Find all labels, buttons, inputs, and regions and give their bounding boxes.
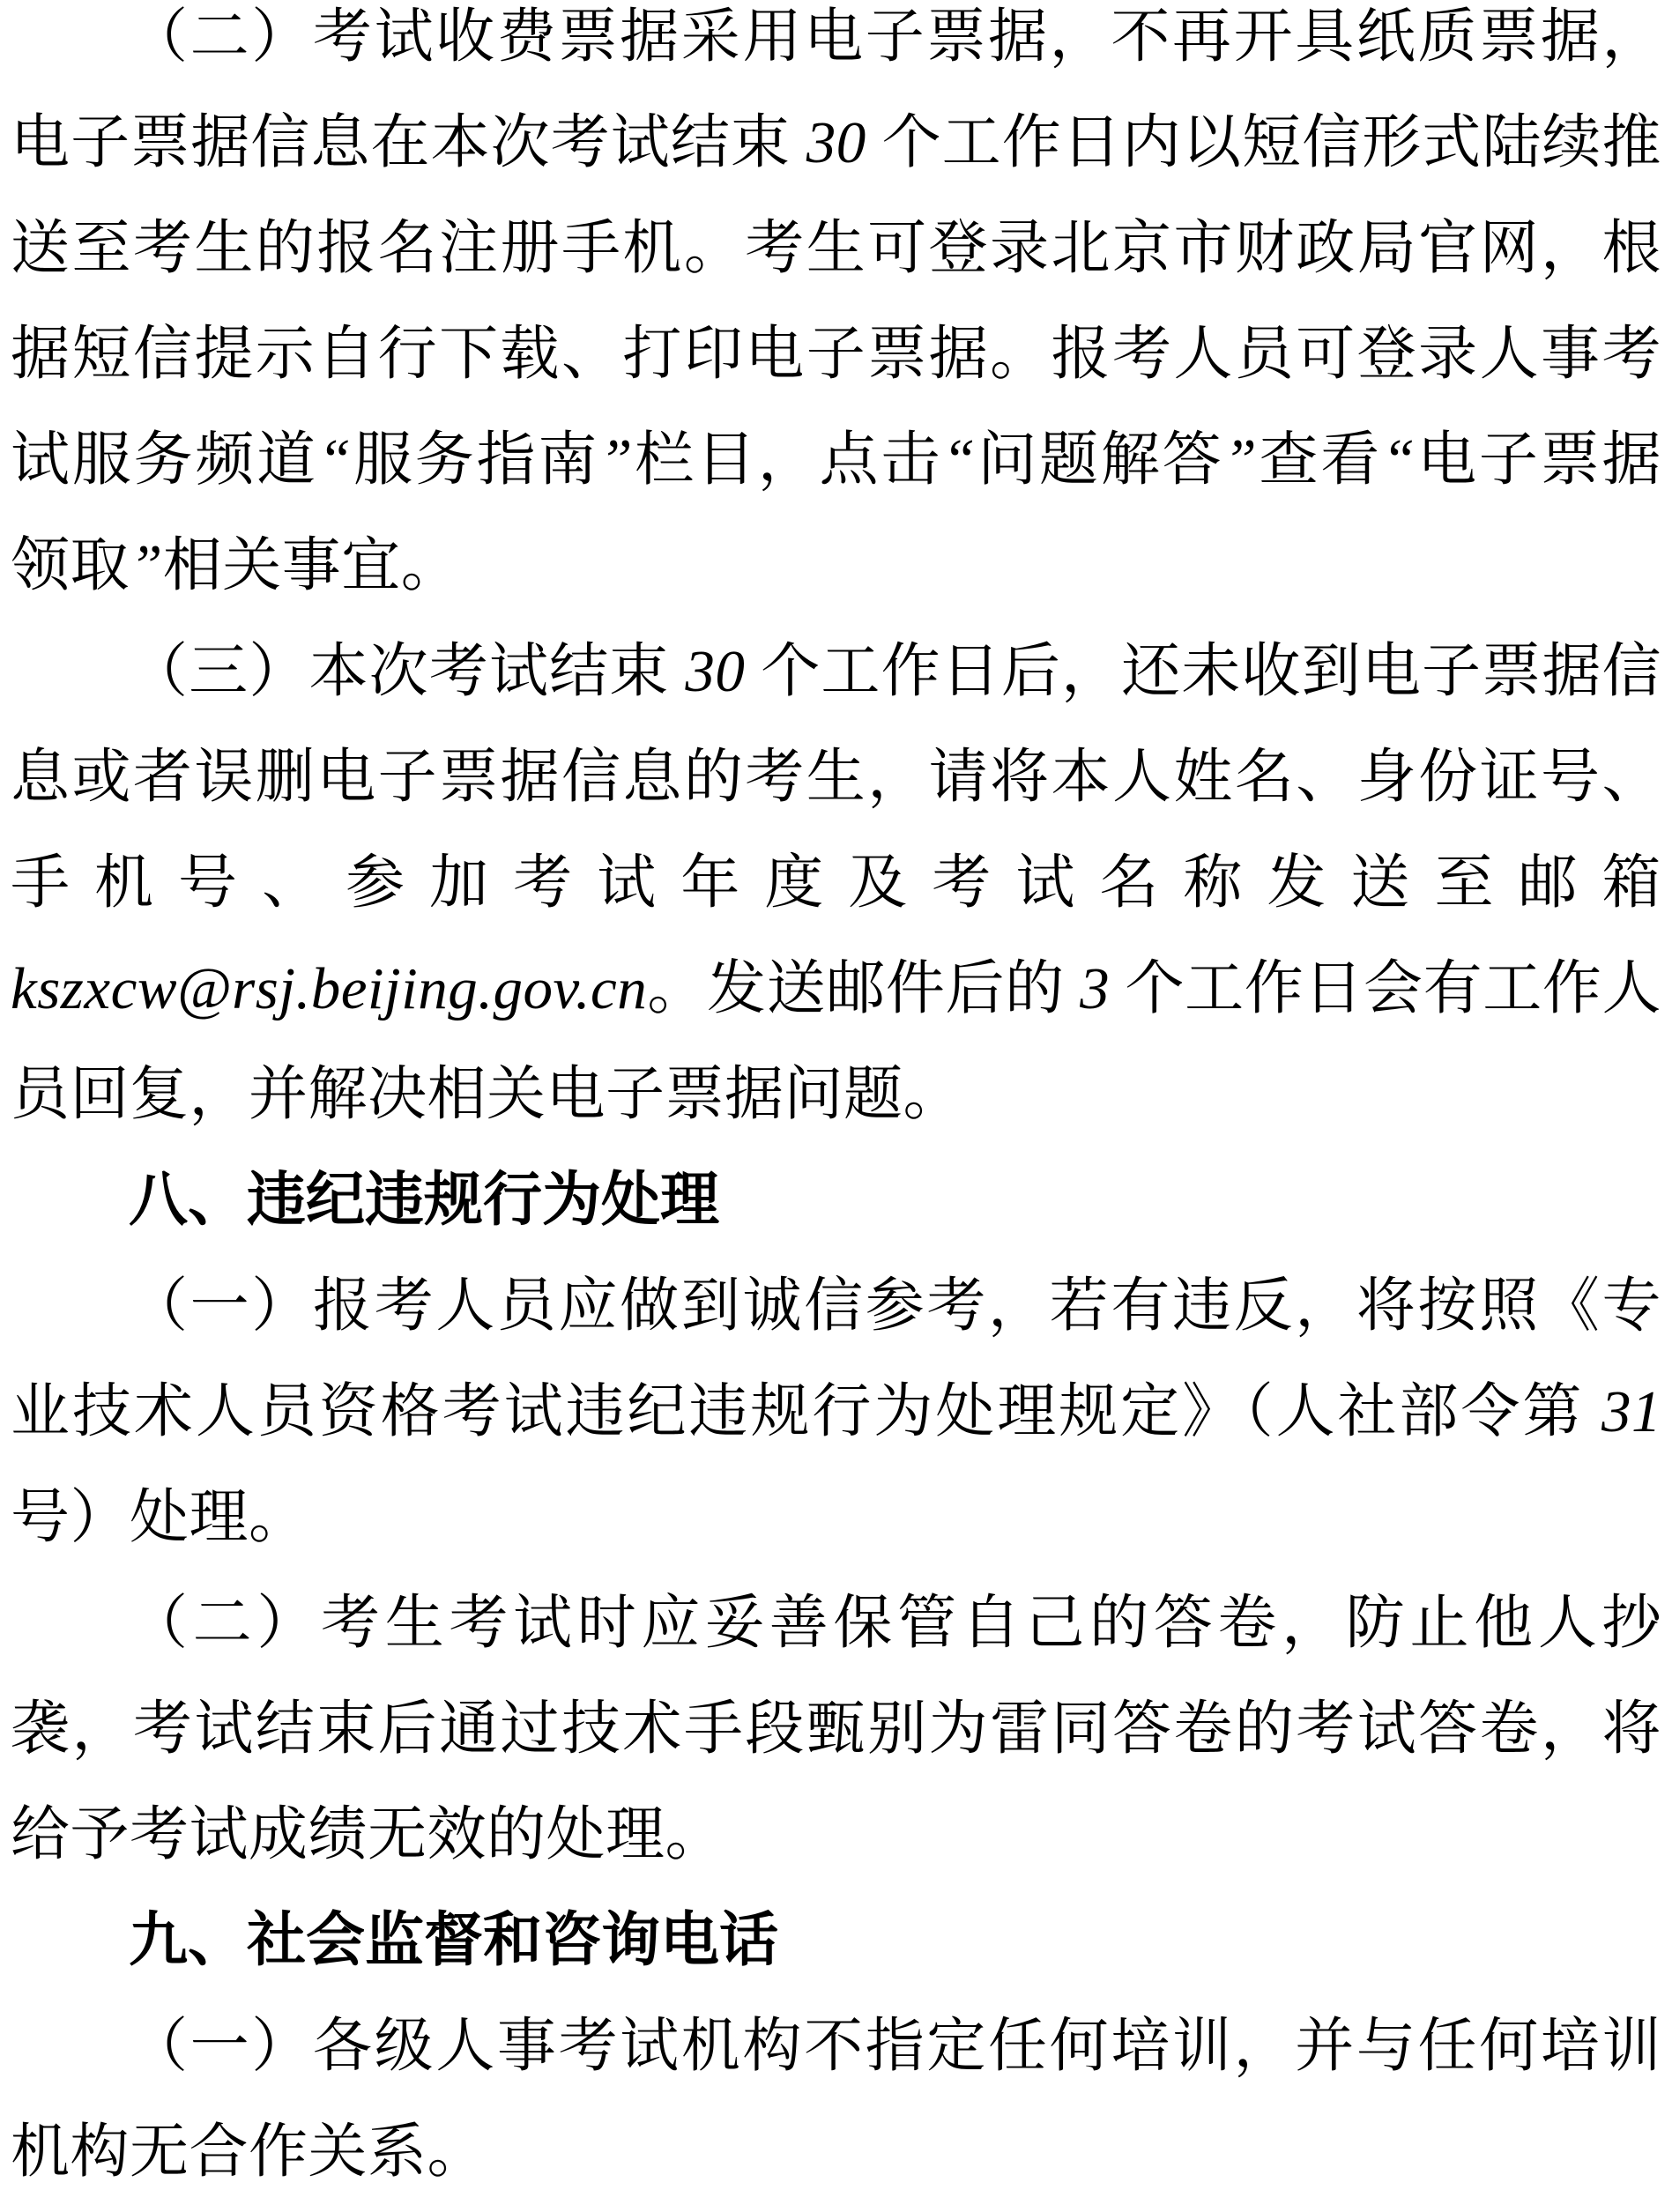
document-body: （二）考试收费票据采用电子票据，不再开具纸质票据，电子票据信息在本次考试结束 3… [11,0,1661,2205]
document-page: （二）考试收费票据采用电子票据，不再开具纸质票据，电子票据信息在本次考试结束 3… [0,0,1672,2212]
para-receipt-not-received-contact: （三）本次考试结束 30 个工作日后，还未收到电子票据信息或者误删电子票据信息的… [11,619,1661,1147]
para-no-training-affiliation: （一）各级人事考试机构不指定任何培训，并与任何培训机构无合作关系。 [11,1993,1661,2205]
heading-section-9-supervision-hotline: 九、社会监督和咨询电话 [11,1888,1661,1993]
para-answer-sheet-protection: （二）考生考试时应妥善保管自己的答卷，防止他人抄袭，考试结束后通过技术手段甄别为… [11,1570,1661,1888]
para-integrity-rules: （一）报考人员应做到诚信参考，若有违反，将按照《专业技术人员资格考试违纪违规行为… [11,1253,1661,1570]
heading-section-8-violation-handling: 八、违纪违规行为处理 [11,1147,1661,1253]
para-electronic-receipt-delivery: （二）考试收费票据采用电子票据，不再开具纸质票据，电子票据信息在本次考试结束 3… [11,0,1661,619]
